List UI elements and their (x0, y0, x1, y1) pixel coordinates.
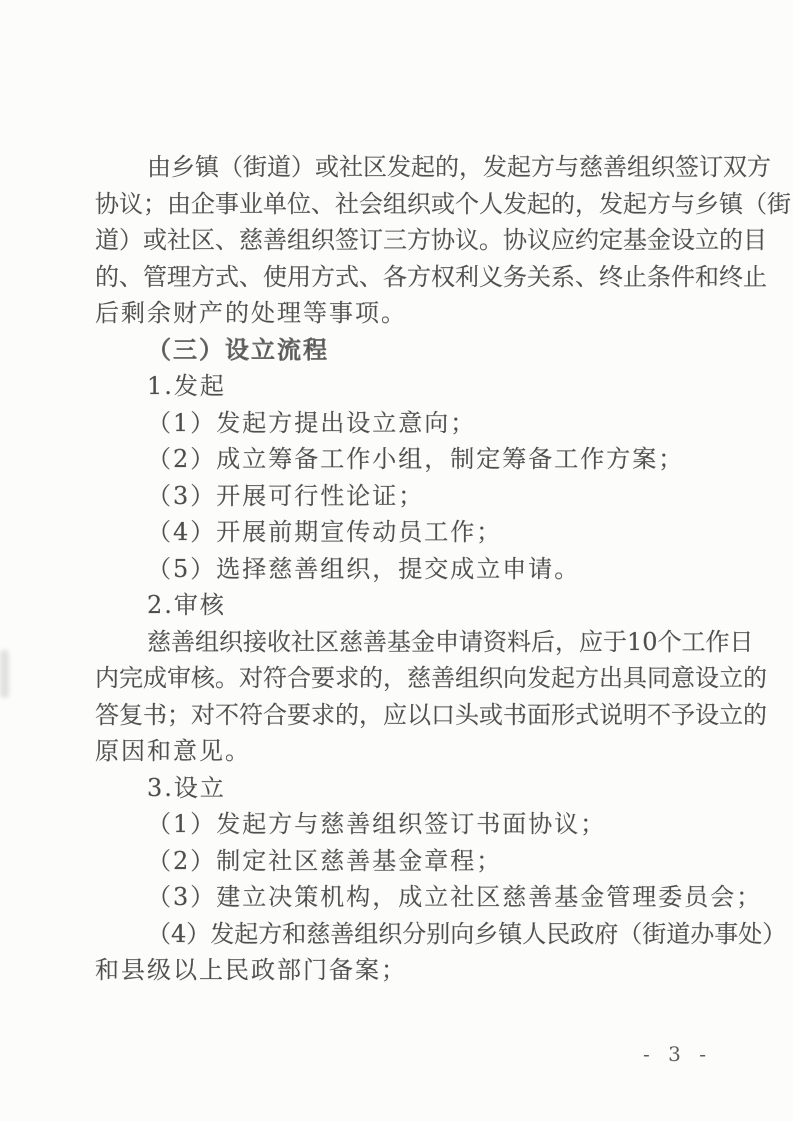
text-line: （4）发起方和慈善组织分别向乡镇人民政府（街道办事处） (95, 916, 705, 953)
text-line: （3）开展可行性论证； (95, 478, 705, 515)
text-line: （4）开展前期宣传动员工作； (95, 514, 705, 551)
text-line: 慈善组织接收社区慈善基金申请资料后，应于10个工作日 (95, 624, 705, 661)
text-line: 由乡镇（街道）或社区发起的，发起方与慈善组织签订双方 (95, 149, 705, 186)
text-line: 的、管理方式、使用方式、各方权利义务关系、终止条件和终止 (95, 259, 705, 296)
section-heading-line: （三）设立流程 (95, 332, 705, 369)
text-line: 答复书；对不符合要求的，应以口头或书面形式说明不予设立的 (95, 697, 705, 734)
scanned-document-page: 由乡镇（街道）或社区发起的，发起方与慈善组织签订双方协议；由企事业单位、社会组织… (0, 0, 793, 1121)
text-line: 3.设立 (95, 770, 705, 807)
scan-smudge-artifact (0, 650, 9, 698)
document-body: 由乡镇（街道）或社区发起的，发起方与慈善组织签订双方协议；由企事业单位、社会组织… (95, 149, 705, 989)
text-line: 后剩余财产的处理等事项。 (95, 295, 705, 332)
text-line: 1.发起 (95, 368, 705, 405)
text-line: （5）选择慈善组织，提交成立申请。 (95, 551, 705, 588)
text-line: （2）制定社区慈善基金章程； (95, 843, 705, 880)
text-line: 道）或社区、慈善组织签订三方协议。协议应约定基金设立的目 (95, 222, 705, 259)
text-line: （1）发起方提出设立意向； (95, 405, 705, 442)
text-line: （3）建立决策机构，成立社区慈善基金管理委员会； (95, 879, 705, 916)
page-number: - 3 - (643, 1042, 712, 1066)
text-line: 原因和意见。 (95, 733, 705, 770)
text-line: 协议；由企事业单位、社会组织或个人发起的，发起方与乡镇（街 (95, 186, 705, 223)
text-line: 2.审核 (95, 587, 705, 624)
text-line: 内完成审核。对符合要求的，慈善组织向发起方出具同意设立的 (95, 660, 705, 697)
text-line: （1）发起方与慈善组织签订书面协议； (95, 806, 705, 843)
text-line: （2）成立筹备工作小组，制定筹备工作方案； (95, 441, 705, 478)
text-line: 和县级以上民政部门备案； (95, 952, 705, 989)
